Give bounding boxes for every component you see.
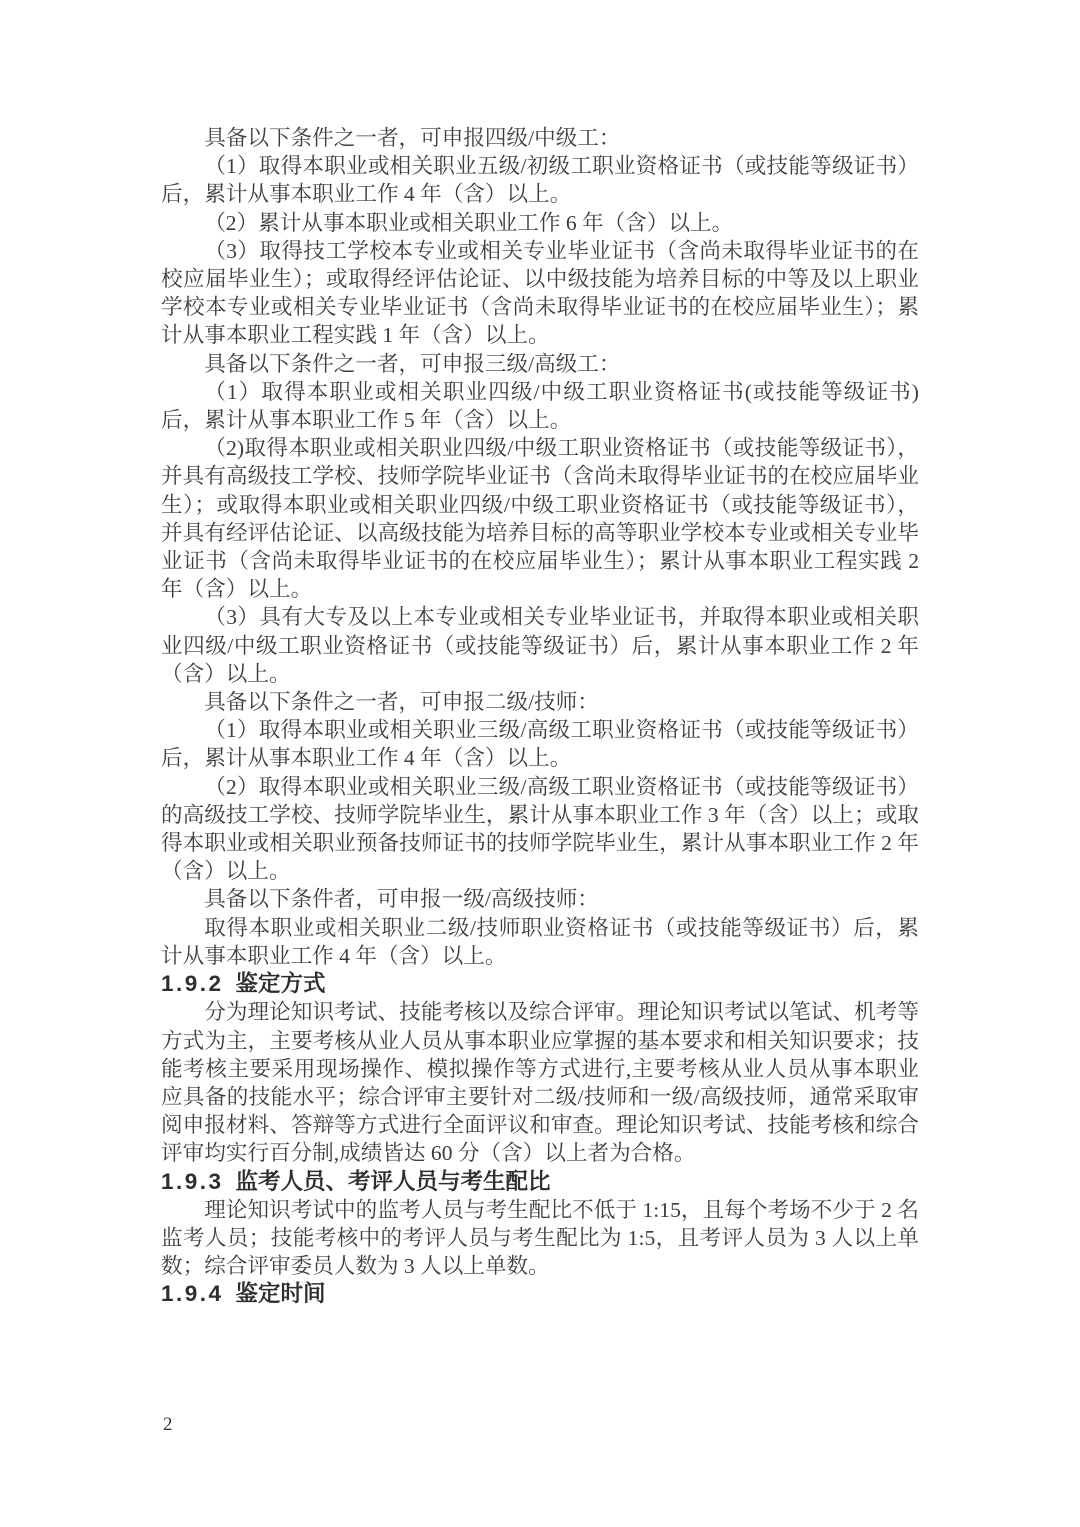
document-body: 具备以下条件之一者，可申报四级/中级工： （1）取得本职业或相关职业五级/初级工… <box>161 124 919 1309</box>
page-number: 2 <box>163 1413 173 1437</box>
section-number: 1.9.3 <box>161 1169 224 1194</box>
para-level3-condition-2: （2)取得本职业或相关职业四级/中级工职业资格证书（或技能等级证书），并具有高级… <box>161 434 919 603</box>
para-level3-intro: 具备以下条件之一者，可申报三级/高级工： <box>161 350 919 378</box>
para-level1-intro: 具备以下条件者，可申报一级/高级技师： <box>161 885 919 913</box>
para-level4-condition-3: （3）取得技工学校本专业或相关专业毕业证书（含尚未取得毕业证书的在校应届毕业生）… <box>161 237 919 350</box>
section-heading-1-9-3: 1.9.3监考人员、考评人员与考生配比 <box>161 1168 919 1196</box>
para-level4-intro: 具备以下条件之一者，可申报四级/中级工： <box>161 124 919 152</box>
para-level4-condition-1: （1）取得本职业或相关职业五级/初级工职业资格证书（或技能等级证书）后，累计从事… <box>161 152 919 208</box>
para-level2-intro: 具备以下条件之一者，可申报二级/技师： <box>161 688 919 716</box>
section-title: 鉴定方式 <box>236 971 326 996</box>
section-heading-1-9-2: 1.9.2鉴定方式 <box>161 970 919 998</box>
para-level2-condition-2: （2）取得本职业或相关职业三级/高级工职业资格证书（或技能等级证书）的高级技工学… <box>161 773 919 886</box>
para-assessment-method: 分为理论知识考试、技能考核以及综合评审。理论知识考试以笔试、机考等方式为主，主要… <box>161 998 919 1167</box>
para-level2-condition-1: （1）取得本职业或相关职业三级/高级工职业资格证书（或技能等级证书）后，累计从事… <box>161 716 919 772</box>
para-level3-condition-3: （3）具有大专及以上本专业或相关专业毕业证书，并取得本职业或相关职业四级/中级工… <box>161 603 919 688</box>
section-title: 鉴定时间 <box>236 1281 326 1306</box>
para-level3-condition-1: （1）取得本职业或相关职业四级/中级工职业资格证书(或技能等级证书)后，累计从事… <box>161 378 919 434</box>
section-heading-1-9-4: 1.9.4鉴定时间 <box>161 1280 919 1308</box>
para-examiner-ratio: 理论知识考试中的监考人员与考生配比不低于 1:15，且每个考场不少于 2 名监考… <box>161 1196 919 1281</box>
section-number: 1.9.4 <box>161 1281 224 1306</box>
section-number: 1.9.2 <box>161 971 224 996</box>
section-title: 监考人员、考评人员与考生配比 <box>236 1169 551 1194</box>
para-level4-condition-2: （2）累计从事本职业或相关职业工作 6 年（含）以上。 <box>161 209 919 237</box>
document-page: 具备以下条件之一者，可申报四级/中级工： （1）取得本职业或相关职业五级/初级工… <box>0 0 1080 1527</box>
para-level1-condition: 取得本职业或相关职业二级/技师职业资格证书（或技能等级证书）后，累计从事本职业工… <box>161 914 919 970</box>
